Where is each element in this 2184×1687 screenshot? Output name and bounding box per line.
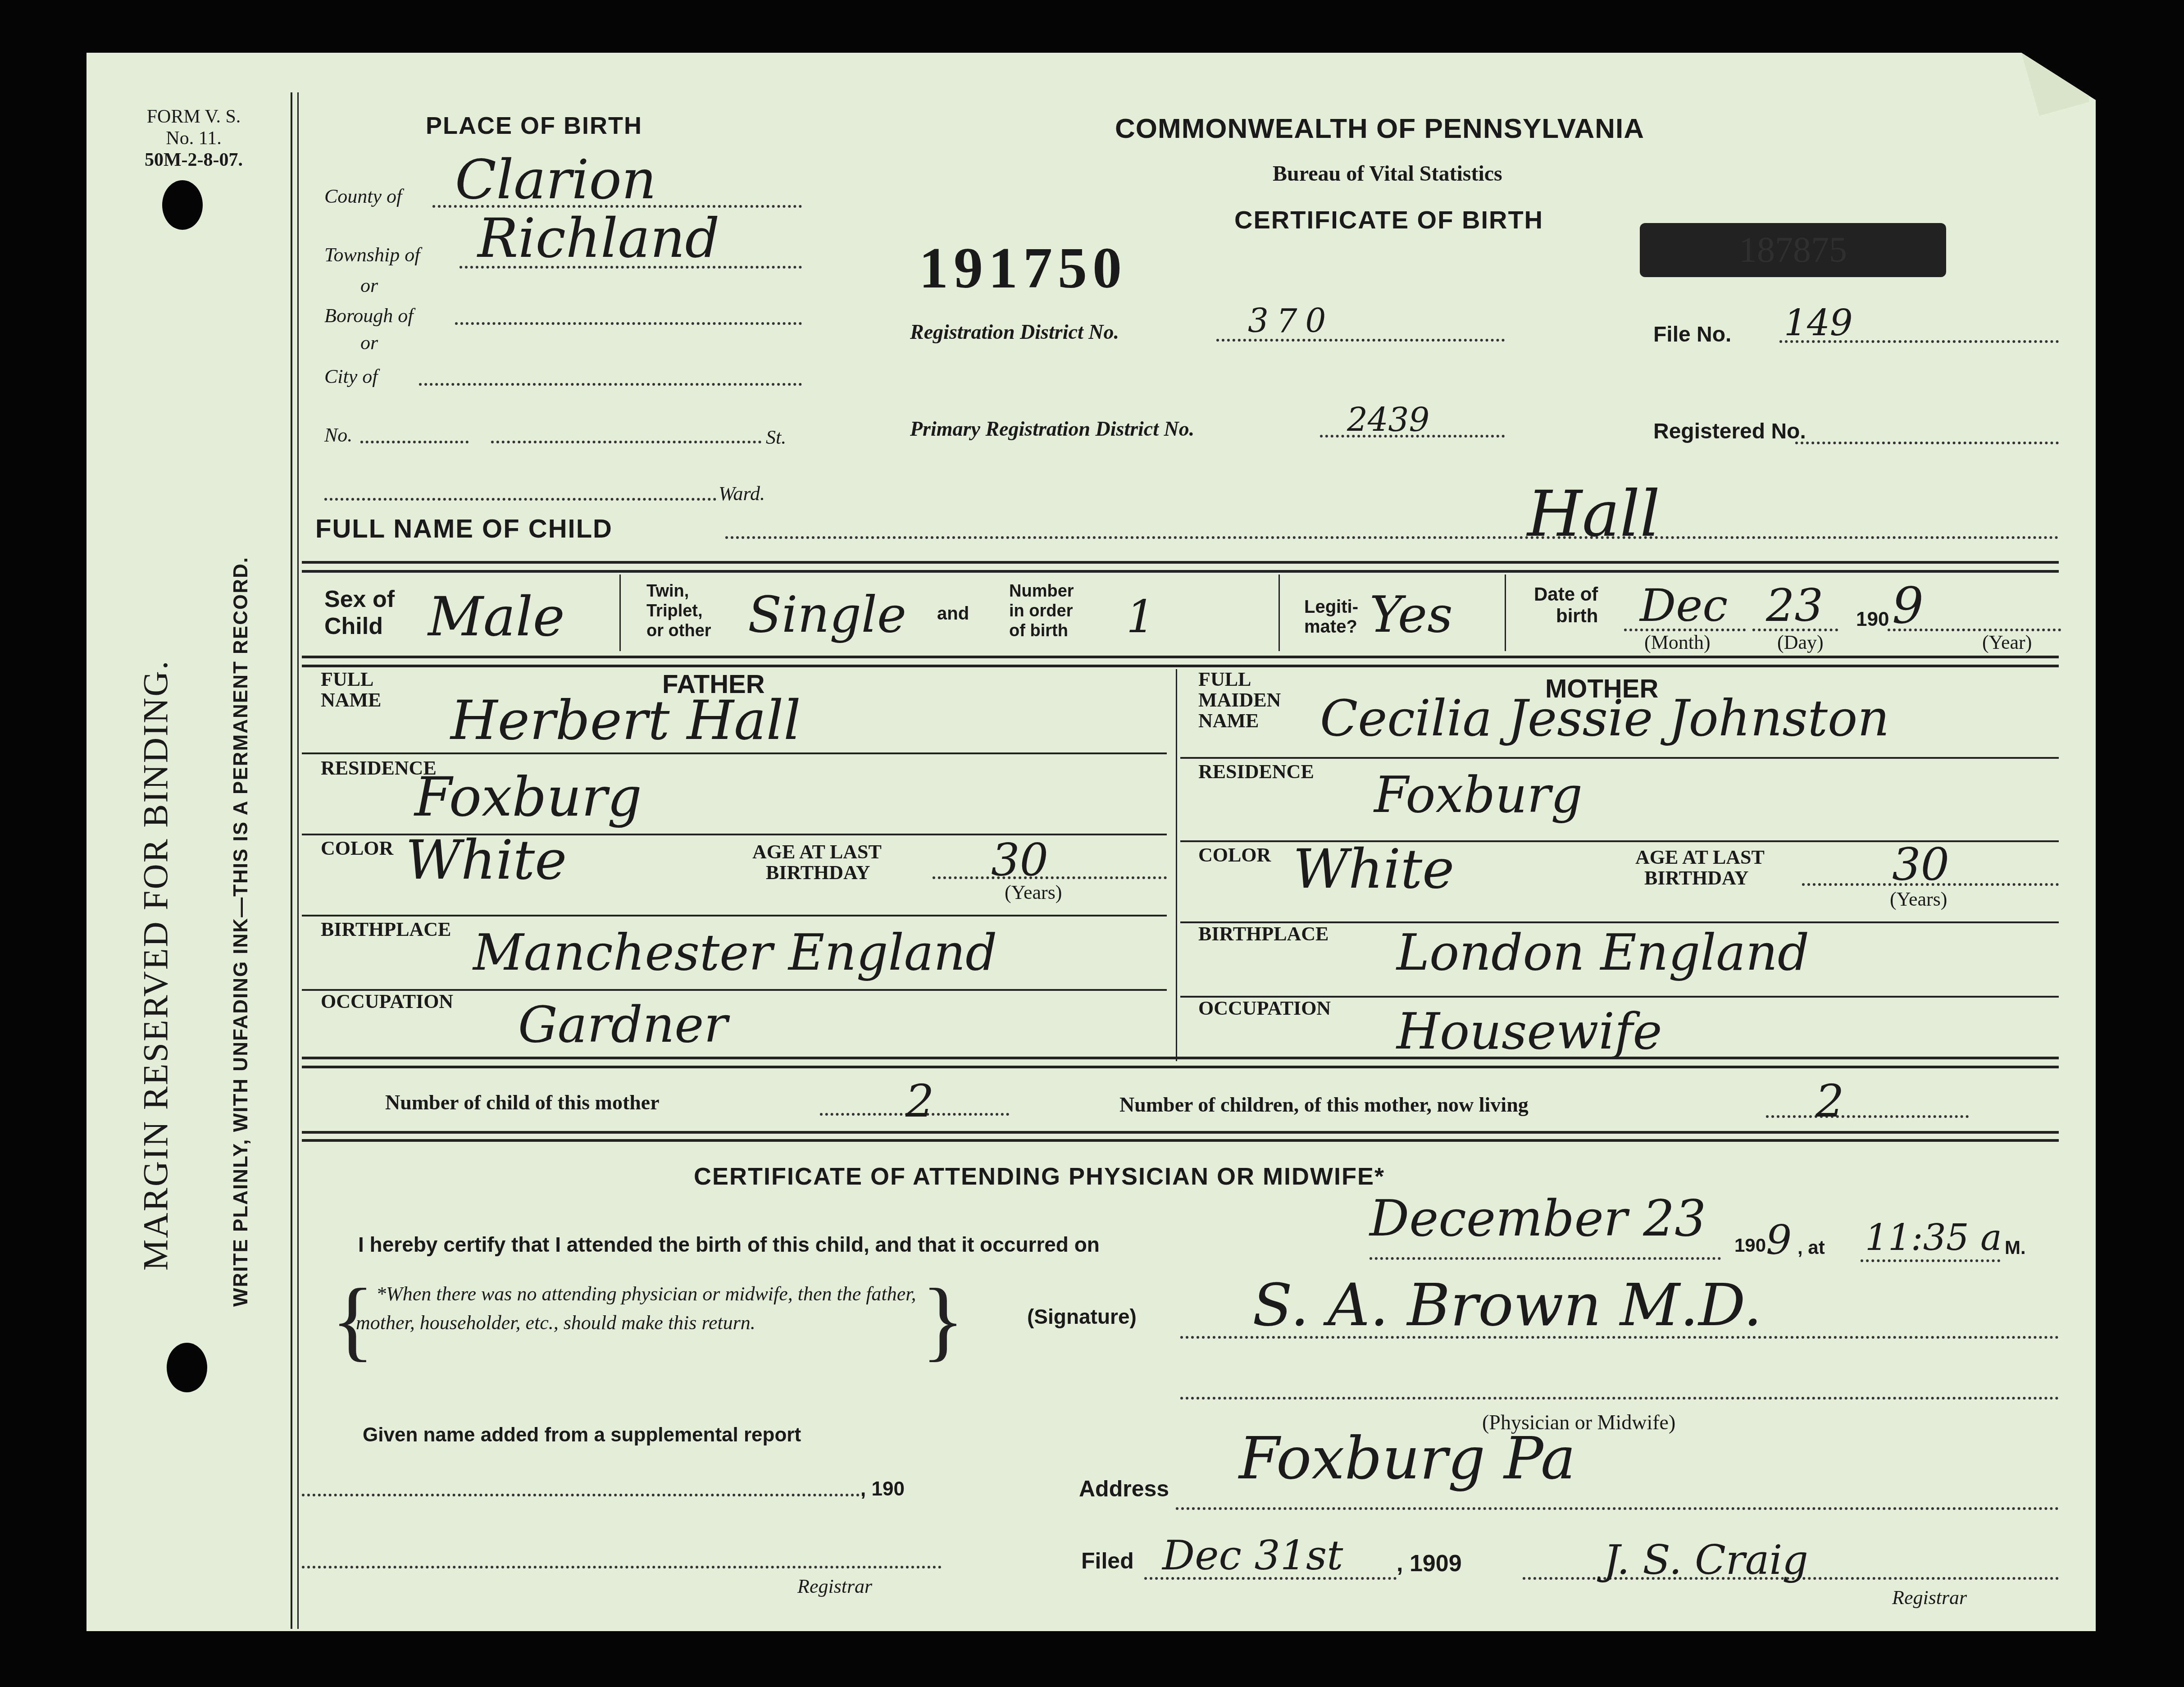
physician-footnote: *When there was no attending physician o… <box>356 1280 928 1337</box>
registrar-caption: Registrar <box>1892 1586 1967 1609</box>
redacted-number: 187875 <box>1640 223 1946 277</box>
father-age-value[interactable]: 30 <box>991 834 1048 886</box>
dob-month-value[interactable]: Dec <box>1640 579 1728 632</box>
parents-divider <box>1176 669 1177 1061</box>
dob-day-value[interactable]: 23 <box>1766 579 1823 632</box>
margin-binding-text: MARGIN RESERVED FOR BINDING. <box>135 660 176 1271</box>
and-label: and <box>937 604 969 624</box>
row-divider <box>619 574 621 651</box>
filed-date-value[interactable]: Dec 31st <box>1162 1532 1343 1579</box>
occurred-date-line <box>1370 1257 1721 1260</box>
row-rule <box>1180 757 2059 759</box>
section-rule <box>302 561 2059 564</box>
living-children-label: Number of children, of this mother, now … <box>1119 1093 1529 1117</box>
form-id: FORM V. S. No. 11. 50M-2-8-07. <box>113 106 275 171</box>
signature-line-2 <box>1180 1397 2059 1400</box>
time-line <box>1861 1259 2000 1262</box>
mother-age-caption: (Years) <box>1890 888 1947 911</box>
dob-year-value[interactable]: 9 <box>1892 577 1924 634</box>
father-name-value[interactable]: Herbert Hall <box>450 689 801 752</box>
signature-value[interactable]: S. A. Brown M.D. <box>1252 1271 1762 1339</box>
certificate-number: 191750 <box>919 234 1127 302</box>
mother-residence-label: RESIDENCE <box>1198 761 1314 782</box>
supplemental-registrar-line <box>302 1566 942 1568</box>
mother-age-value[interactable]: 30 <box>1892 838 1949 891</box>
supplemental-year: , 190 <box>860 1478 905 1500</box>
year-caption: (Year) <box>1982 631 2032 654</box>
state-heading: COMMONWEALTH OF PENNSYLVANIA <box>1115 113 1644 145</box>
section-rule <box>302 570 2059 573</box>
address-label: Address <box>1079 1476 1169 1502</box>
row-divider <box>1279 574 1280 651</box>
father-age-caption: (Years) <box>1005 881 1062 904</box>
filed-label: Filed <box>1081 1548 1134 1574</box>
mother-color-value[interactable]: White <box>1293 838 1454 901</box>
father-occupation-label: OCCUPATION <box>321 991 453 1012</box>
child-full-name-value[interactable]: Hall <box>1527 478 1660 551</box>
twin-value[interactable]: Single <box>748 586 906 643</box>
row-rule <box>302 752 1167 754</box>
section-rule <box>302 1057 2059 1059</box>
city-label: City of <box>324 365 378 388</box>
mother-name-value[interactable]: Cecilia Jessie Johnston <box>1320 689 1889 747</box>
file-no-label: File No. <box>1653 322 1731 347</box>
occurred-year-prefix: 190 <box>1734 1235 1766 1256</box>
county-value[interactable]: Clarion <box>455 149 656 211</box>
registration-district-label: Registration District No. <box>910 320 1119 344</box>
sex-value[interactable]: Male <box>428 586 565 648</box>
ward-label: Ward. <box>719 482 765 505</box>
dob-label: Date of birth <box>1534 584 1598 627</box>
supplemental-registrar-caption: Registrar <box>797 1575 872 1598</box>
supplemental-label: Given name added from a supplemental rep… <box>363 1424 801 1446</box>
legitimate-label: Legiti- mate? <box>1304 597 1358 637</box>
punch-hole-top <box>162 180 203 230</box>
primary-district-value[interactable]: 2439 <box>1347 401 1429 439</box>
filed-year-value: , 1909 <box>1397 1550 1462 1577</box>
section-rule <box>302 1066 2059 1068</box>
section-rule <box>302 665 2059 667</box>
township-label: Township of <box>324 243 420 266</box>
day-caption: (Day) <box>1777 631 1824 654</box>
father-color-label: COLOR <box>321 838 393 859</box>
dob-year-prefix: 190 <box>1856 608 1889 631</box>
footnote-brace-right: } <box>921 1275 965 1365</box>
m-label: M. <box>2005 1237 2026 1258</box>
at-label: , at <box>1797 1237 1825 1258</box>
borough-label: Borough of <box>324 304 414 327</box>
registrar-signature[interactable]: J. S. Craig <box>1604 1537 1808 1584</box>
father-color-value[interactable]: White <box>405 829 567 892</box>
st-label: St. <box>766 426 786 449</box>
child-full-name-label: FULL NAME OF CHILD <box>315 514 613 544</box>
father-birthplace-label: BIRTHPLACE <box>321 919 451 940</box>
row-rule <box>302 915 1167 916</box>
address-value[interactable]: Foxburg Pa <box>1239 1424 1575 1492</box>
certify-text: I hereby certify that I attended the bir… <box>358 1232 1100 1257</box>
mother-birthplace-label: BIRTHPLACE <box>1198 924 1329 944</box>
birth-order-value[interactable]: 1 <box>1126 590 1155 643</box>
sex-label: Sex of Child <box>324 586 395 640</box>
child-number-label: Number of child of this mother <box>385 1090 660 1114</box>
legitimate-value[interactable]: Yes <box>1370 586 1453 643</box>
living-children-value[interactable]: 2 <box>1815 1075 1844 1127</box>
month-caption: (Month) <box>1644 631 1711 654</box>
place-of-birth-heading: PLACE OF BIRTH <box>426 112 642 140</box>
section-rule <box>302 1139 2059 1142</box>
no-label: No. <box>324 424 352 447</box>
footnote-brace-left: { <box>331 1275 374 1365</box>
file-no-value[interactable]: 149 <box>1784 302 1853 344</box>
ward-line <box>324 498 716 501</box>
margin-rule <box>291 92 292 1629</box>
mother-color-label: COLOR <box>1198 845 1271 866</box>
county-label: County of <box>324 185 402 208</box>
city-line <box>419 383 802 386</box>
father-birthplace-value[interactable]: Manchester England <box>473 924 997 981</box>
street-line <box>491 441 761 443</box>
or-label-2: or <box>360 331 378 354</box>
father-age-line <box>933 876 1167 879</box>
mother-name-label: FULL MAIDEN NAME <box>1198 669 1281 731</box>
margin-instruction-text: WRITE PLAINLY, WITH UNFADING INK—THIS IS… <box>230 556 252 1307</box>
father-name-label: FULL NAME <box>321 669 381 711</box>
physician-heading: CERTIFICATE OF ATTENDING PHYSICIAN OR MI… <box>694 1163 1385 1190</box>
primary-district-label: Primary Registration District No. <box>910 417 1194 441</box>
father-occupation-value[interactable]: Gardner <box>518 996 728 1053</box>
father-age-label: AGE AT LAST BIRTHDAY <box>752 842 882 883</box>
child-full-name-line <box>725 536 2059 539</box>
supplemental-name-line <box>302 1494 865 1496</box>
borough-line <box>455 322 802 325</box>
mother-occupation-label: OCCUPATION <box>1198 998 1331 1019</box>
row-divider <box>1505 574 1506 651</box>
margin-rule-2 <box>297 92 299 1629</box>
registered-no-label: Registered No. <box>1653 419 1806 444</box>
twin-label: Twin, Triplet, or other <box>646 581 711 641</box>
father-residence-value[interactable]: Foxburg <box>414 766 642 829</box>
certificate-title: CERTIFICATE OF BIRTH <box>1234 205 1543 234</box>
no-line <box>360 441 469 443</box>
living-children-line <box>1766 1115 1969 1118</box>
section-rule <box>302 656 2059 658</box>
child-number-value[interactable]: 2 <box>905 1075 934 1127</box>
address-line <box>1176 1507 2059 1510</box>
mother-occupation-value[interactable]: Housewife <box>1397 1003 1662 1060</box>
mother-birthplace-value[interactable]: London England <box>1397 924 1809 981</box>
punch-hole-bottom <box>167 1343 207 1392</box>
or-label-1: or <box>360 274 378 297</box>
mother-age-label: AGE AT LAST BIRTHDAY <box>1635 847 1765 889</box>
signature-label: (Signature) <box>1027 1304 1137 1329</box>
time-value[interactable]: 11:35 a <box>1865 1217 2002 1258</box>
section-rule <box>302 1131 2059 1134</box>
registered-no-line <box>1795 442 2059 444</box>
birth-order-label: Number in order of birth <box>1009 581 1074 641</box>
occurred-date-value[interactable]: December 23 <box>1370 1190 1706 1247</box>
township-value[interactable]: Richland <box>478 207 719 270</box>
mother-residence-value[interactable]: Foxburg <box>1374 766 1583 824</box>
occurred-year-value[interactable]: 9 <box>1766 1217 1792 1264</box>
bureau-heading: Bureau of Vital Statistics <box>1273 161 1502 186</box>
registration-district-value[interactable]: 370 <box>1248 302 1334 340</box>
